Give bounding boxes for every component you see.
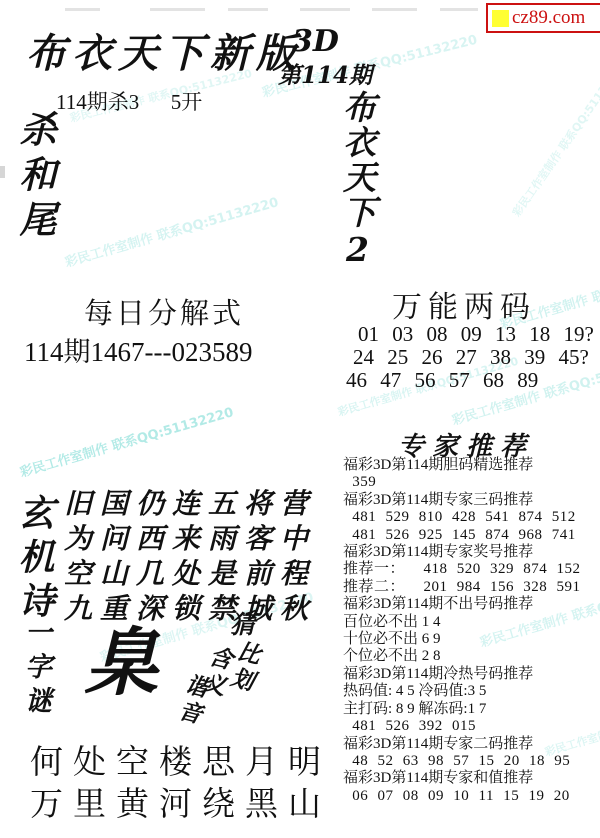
expert-line: 福彩3D第114期专家和值推荐 xyxy=(343,770,599,787)
scan-artifact xyxy=(300,8,350,11)
scan-artifact xyxy=(65,8,100,11)
expert-recommendations: 福彩3D第114期胆码精选推荐 359 福彩3D第114期专家三码推荐 481 … xyxy=(343,457,599,805)
expert-line: 481 526 925 145 874 968 741 xyxy=(343,527,599,544)
two-codes-row: 01 03 08 09 13 18 19? xyxy=(358,324,594,345)
scan-artifact xyxy=(150,8,205,11)
poem-line: 空山几处是前程 xyxy=(64,560,316,588)
scan-artifact xyxy=(372,8,417,11)
expert-line: 十位必不出 6 9 xyxy=(343,631,599,648)
riddle-hint-word: 比划 xyxy=(226,638,261,696)
scan-artifact xyxy=(0,166,5,178)
mystery-poem-label: 玄机诗 xyxy=(16,494,52,626)
expert-line: 热码值: 4 5 冷码值:3 5 xyxy=(343,683,599,700)
site-badge[interactable]: cz89.com xyxy=(486,3,600,33)
expert-line: 推荐一： 418 520 329 874 152 xyxy=(343,561,599,578)
watermark: 彩民工作室制作 联系QQ:51132220 xyxy=(17,401,235,480)
two-codes-row: 46 47 56 57 68 89 xyxy=(346,370,538,391)
riddle-hint-word: 谐音 xyxy=(174,671,209,729)
poem-line: 旧国仍连五将营 xyxy=(64,490,316,518)
brand-vertical-label: 布衣天下2 xyxy=(341,90,374,271)
kill-vertical-label: 杀和尾 xyxy=(16,110,53,245)
watermark: 彩民工作室制作 联系QQ:51132220 xyxy=(62,191,280,270)
expert-line: 359 xyxy=(343,474,599,491)
edition-label: 3D xyxy=(292,24,339,59)
couplet-line: 何处空楼思月明 xyxy=(30,736,331,783)
expert-line: 主打码: 8 9 解冻码:1 7 xyxy=(343,701,599,718)
riddle-hint-guess: 猜 xyxy=(230,612,259,637)
page-title: 布衣天下新版 xyxy=(26,22,302,79)
couplet-line: 万里黄河绕黑山 xyxy=(30,778,331,825)
expert-line: 福彩3D第114期专家三码推荐 xyxy=(343,492,599,509)
lottery-sheet: 彩民工作室制作 联系QQ:51132220 彩民工作室制作 联系QQ:51132… xyxy=(0,0,600,838)
expert-line: 百位必不出 1 4 xyxy=(343,614,599,631)
riddle-character: 臬 xyxy=(84,626,158,700)
expert-line: 福彩3D第114期专家二码推荐 xyxy=(343,736,599,753)
poem-line: 九重深锁禁城秋 xyxy=(64,595,316,623)
two-codes-row: 24 25 26 27 38 39 45? xyxy=(353,347,589,368)
expert-line: 481 529 810 428 541 874 512 xyxy=(343,509,599,526)
watermark: 彩民工作室制作 联系QQ:51132220 xyxy=(508,57,600,219)
expert-line: 福彩3D第114期冷热号码推荐 xyxy=(343,666,599,683)
expert-line: 个位必不出 2 8 xyxy=(343,648,599,665)
expert-line: 48 52 63 98 57 15 20 18 95 xyxy=(343,753,599,770)
expert-line: 06 07 08 09 10 11 15 19 20 xyxy=(343,788,599,805)
expert-line: 推荐二： 201 984 156 328 591 xyxy=(343,579,599,596)
riddle-label: 一字谜 xyxy=(22,618,49,720)
scan-artifact xyxy=(440,8,478,11)
expert-line: 481 526 392 015 xyxy=(343,718,599,735)
daily-breakdown-title: 每日分解式 xyxy=(84,291,244,332)
daily-breakdown-line: 114期1467---023589 xyxy=(24,330,252,369)
yellow-square-icon xyxy=(492,10,509,27)
expert-line: 福彩3D第114期胆码精选推荐 xyxy=(343,457,599,474)
expert-line: 福彩3D第114期不出号码推荐 xyxy=(343,596,599,613)
scan-artifact xyxy=(228,8,268,11)
poem-line: 为问西来雨客中 xyxy=(64,525,316,553)
kill-summary-line: 114期杀3 5开 xyxy=(56,86,202,116)
issue-number: 第114期 xyxy=(278,57,372,90)
site-badge-label: cz89.com xyxy=(512,7,585,29)
two-codes-title: 万能两码 xyxy=(392,282,536,326)
expert-line: 福彩3D第114期专家奖号推荐 xyxy=(343,544,599,561)
